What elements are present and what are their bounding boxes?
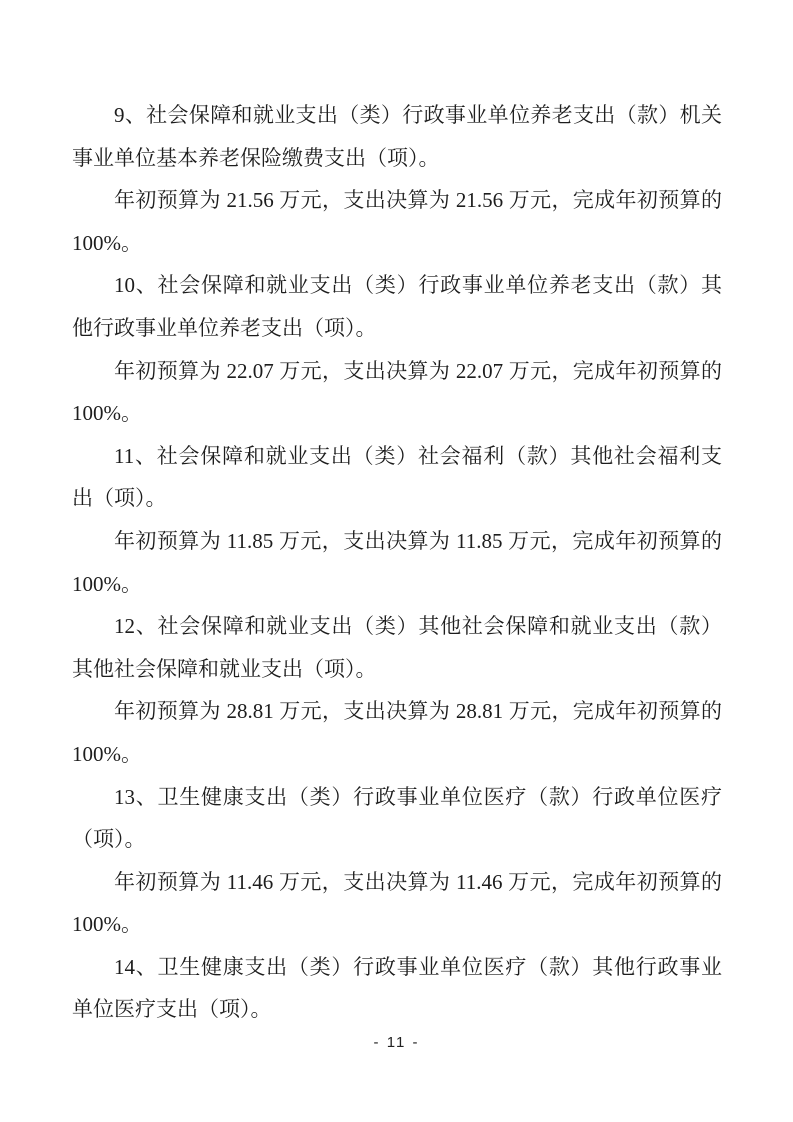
- section-11-title: 11、社会保障和就业支出（类）社会福利（款）其他社会福利支出（项）。: [72, 435, 722, 520]
- section-12-title: 12、社会保障和就业支出（类）其他社会保障和就业支出（款）其他社会保障和就业支出…: [72, 605, 722, 690]
- section-11-budget: 年初预算为 11.85 万元，支出决算为 11.85 万元，完成年初预算的 10…: [72, 520, 722, 605]
- section-13-title: 13、卫生健康支出（类）行政事业单位医疗（款）行政单位医疗（项）。: [72, 776, 722, 861]
- section-12-budget: 年初预算为 28.81 万元，支出决算为 28.81 万元，完成年初预算的 10…: [72, 690, 722, 775]
- document-page: 9、社会保障和就业支出（类）行政事业单位养老支出（款）机关事业单位基本养老保险缴…: [0, 0, 793, 1122]
- section-14-title: 14、卫生健康支出（类）行政事业单位医疗（款）其他行政事业单位医疗支出（项）。: [72, 946, 722, 1031]
- page-number: - 11 -: [0, 1034, 793, 1051]
- document-body: 9、社会保障和就业支出（类）行政事业单位养老支出（款）机关事业单位基本养老保险缴…: [72, 94, 722, 1031]
- section-9-budget: 年初预算为 21.56 万元，支出决算为 21.56 万元，完成年初预算的 10…: [72, 179, 722, 264]
- section-10-budget: 年初预算为 22.07 万元，支出决算为 22.07 万元，完成年初预算的 10…: [72, 350, 722, 435]
- section-13-budget: 年初预算为 11.46 万元，支出决算为 11.46 万元，完成年初预算的 10…: [72, 861, 722, 946]
- section-10-title: 10、社会保障和就业支出（类）行政事业单位养老支出（款）其他行政事业单位养老支出…: [72, 264, 722, 349]
- section-9-title: 9、社会保障和就业支出（类）行政事业单位养老支出（款）机关事业单位基本养老保险缴…: [72, 94, 722, 179]
